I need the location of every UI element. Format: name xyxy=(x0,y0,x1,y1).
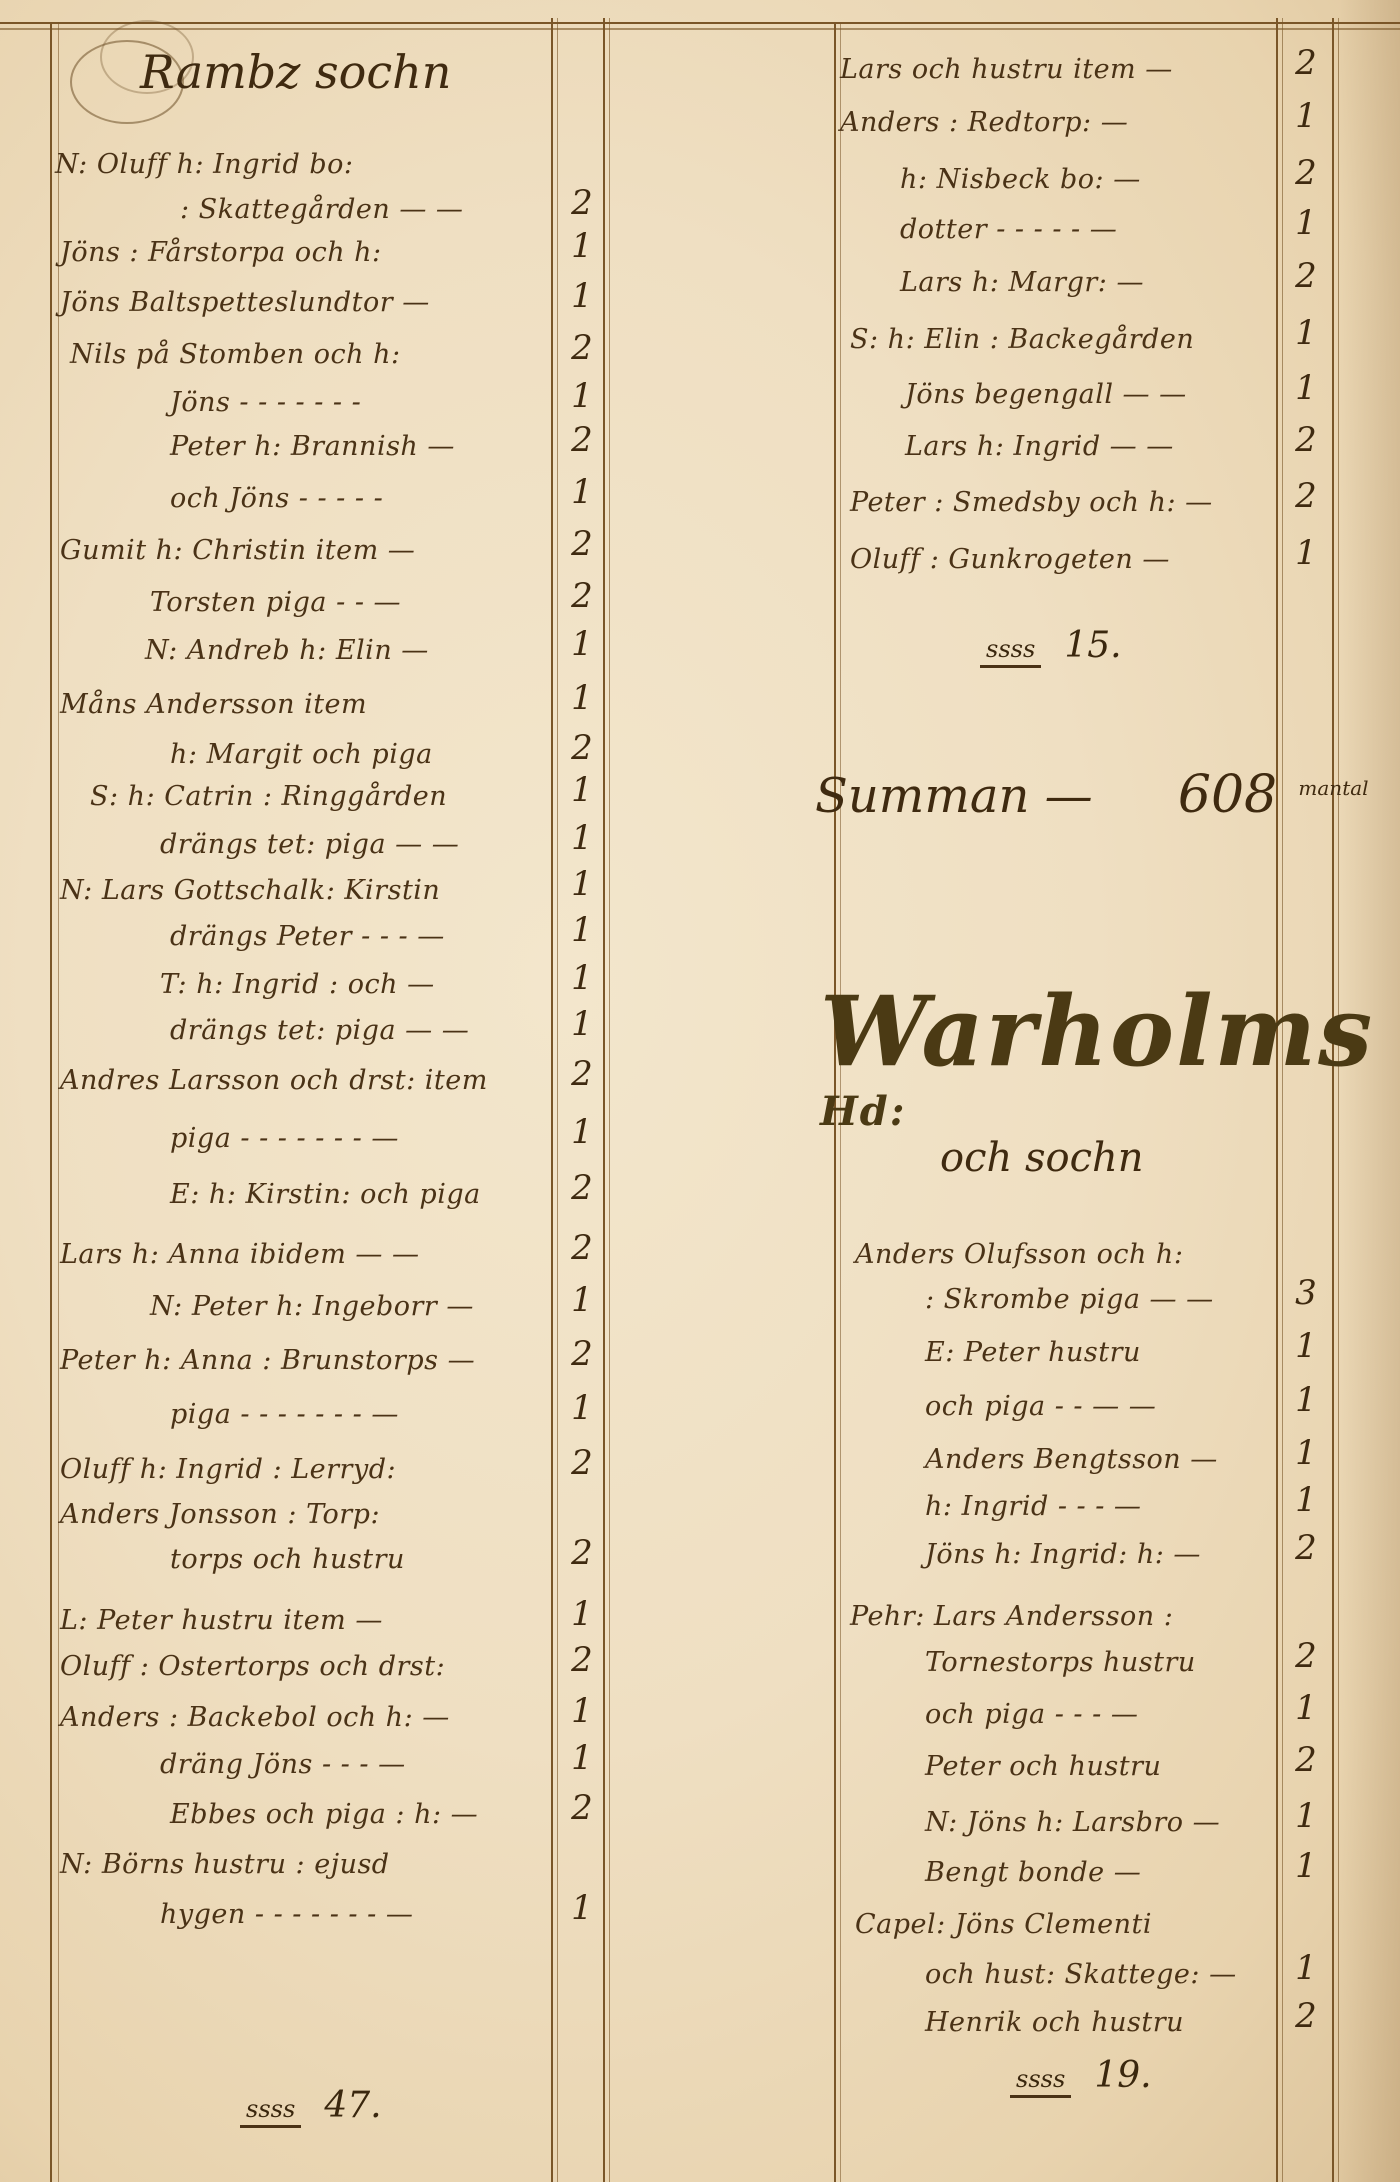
ledger-entry-count: 1 xyxy=(560,866,604,902)
ledger-entry-text: N: Oluff h: Ingrid bo: xyxy=(55,150,354,180)
ledger-entry-text: Ebbes och piga : h: — xyxy=(170,1800,478,1830)
ledger-entry-text: T: h: Ingrid : och — xyxy=(160,970,435,1000)
right-subtotal: ssss 15. xyxy=(980,625,1122,666)
ledger-entry-text: Jöns - - - - - - - xyxy=(170,388,361,418)
ledger-entry-text: Anders : Redtorp: — xyxy=(840,108,1128,138)
ledger-entry-text: Peter h: Anna : Brunstorps — xyxy=(60,1346,475,1376)
summary-value: 608 xyxy=(1178,765,1277,825)
subtotal-value: 15. xyxy=(1064,625,1121,666)
ledger-entry-count: 1 xyxy=(560,1390,604,1426)
ledger-entry-text: Torsten piga - - — xyxy=(150,588,401,618)
top-rule-2 xyxy=(0,28,1400,30)
left-total: ssss 47. xyxy=(240,2085,382,2126)
ledger-entry-text: Andres Larsson och drst: item xyxy=(60,1066,488,1096)
ledger-entry-text: N: Lars Gottschalk: Kirstin xyxy=(60,876,440,906)
ledger-entry-count: 2 xyxy=(1284,1530,1328,1566)
ledger-entry-text: N: Andreb h: Elin — xyxy=(145,636,429,666)
ledger-entry-count: 1 xyxy=(1284,1382,1328,1418)
ledger-entry-count: 1 xyxy=(560,1114,604,1150)
ledger-entry-count: 2 xyxy=(560,1790,604,1826)
ledger-entry-text: Tornestorps hustru xyxy=(925,1648,1196,1678)
section-total: ssss 19. xyxy=(1010,2055,1152,2096)
ledger-entry-count: 2 xyxy=(560,1535,604,1571)
ledger-entry-count: 1 xyxy=(560,1596,604,1632)
ledger-entry-text: Anders : Backebol och h: — xyxy=(60,1703,450,1733)
summary-label: Summan — xyxy=(815,768,1093,824)
ledger-entry-text: och piga - - — — xyxy=(925,1392,1156,1422)
ledger-entry-count: 3 xyxy=(1284,1275,1328,1311)
ledger-entry-count: 1 xyxy=(560,1282,604,1318)
ledger-entry-count: 2 xyxy=(560,330,604,366)
ledger-entry-text: E: Peter hustru xyxy=(925,1338,1141,1368)
ledger-entry-count: 1 xyxy=(560,772,604,808)
ledger-entry-count: 1 xyxy=(1284,1482,1328,1518)
ledger-entry-count: 1 xyxy=(560,474,604,510)
ledger-entry-count: 1 xyxy=(560,378,604,414)
ledger-entry-count: 2 xyxy=(1284,258,1328,294)
ledger-entry-text: dotter - - - - - — xyxy=(900,215,1117,245)
ledger-entry-count: 1 xyxy=(1284,1435,1328,1471)
ledger-entry-text: Anders Jonsson : Torp: xyxy=(60,1500,380,1530)
ledger-entry-count: 1 xyxy=(560,1890,604,1926)
ledger-entry-text: N: Jöns h: Larsbro — xyxy=(925,1808,1220,1838)
ledger-entry-text: hygen - - - - - - - — xyxy=(160,1900,413,1930)
ledger-entry-text: Henrik och hustru xyxy=(925,2008,1184,2038)
ledger-entry-count: 2 xyxy=(560,1445,604,1481)
ledger-entry-text: Peter och hustru xyxy=(925,1752,1161,1782)
ledger-entry-text: Pehr: Lars Andersson : xyxy=(850,1602,1173,1632)
ledger-entry-count: 1 xyxy=(560,228,604,264)
ledger-entry-count: 1 xyxy=(560,1740,604,1776)
ledger-entry-count: 1 xyxy=(1284,370,1328,406)
ledger-entry-count: 2 xyxy=(1284,1742,1328,1778)
ledger-entry-text: Peter : Smedsby och h: — xyxy=(850,488,1213,518)
ledger-entry-count: 1 xyxy=(1284,535,1328,571)
ledger-entry-text: Jöns begengall — — xyxy=(905,380,1187,410)
ledger-entry-count: 2 xyxy=(560,1230,604,1266)
total-value: 47. xyxy=(324,2085,381,2126)
top-rule xyxy=(0,22,1400,24)
ledger-entry-text: : Skattegården — — xyxy=(180,195,463,225)
ledger-entry-text: drängs tet: piga — — xyxy=(170,1016,469,1046)
ledger-entry-text: Lars h: Margr: — xyxy=(900,268,1144,298)
ledger-entry-text: Nils på Stomben och h: xyxy=(70,340,401,370)
ledger-entry-text: h: Ingrid - - - — xyxy=(925,1492,1141,1522)
ledger-entry-text: piga - - - - - - - — xyxy=(170,1124,399,1154)
ledger-entry-text: och Jöns - - - - - xyxy=(170,484,383,514)
ledger-entry-text: Peter h: Brannish — xyxy=(170,432,455,462)
ledger-entry-count: 1 xyxy=(560,680,604,716)
ledger-entry-count: 2 xyxy=(560,578,604,614)
ledger-entry-count: 2 xyxy=(1284,155,1328,191)
ledger-entry-text: N: Börns hustru : ejusd xyxy=(60,1850,390,1880)
ledger-entry-count: 2 xyxy=(560,1336,604,1372)
ledger-entry-count: 2 xyxy=(1284,1998,1328,2034)
left-count-rule-a xyxy=(551,18,553,2182)
ledger-entry-count: 2 xyxy=(560,526,604,562)
ledger-entry-count: 1 xyxy=(560,912,604,948)
ledger-entry-text: L: Peter hustru item — xyxy=(60,1606,383,1636)
ledger-entry-text: N: Peter h: Ingeborr — xyxy=(150,1292,474,1322)
ledger-entry-text: drängs Peter - - - — xyxy=(170,922,445,952)
ledger-entry-text: h: Nisbeck bo: — xyxy=(900,165,1141,195)
ledger-entry-count: 2 xyxy=(560,422,604,458)
ledger-entry-count: 1 xyxy=(560,278,604,314)
ledger-entry-count: 2 xyxy=(1284,422,1328,458)
ledger-entry-count: 1 xyxy=(1284,205,1328,241)
ledger-entry-count: 1 xyxy=(1284,1848,1328,1884)
ledger-entry-count: 2 xyxy=(560,1642,604,1678)
ledger-entry-text: piga - - - - - - - — xyxy=(170,1400,399,1430)
section-total-mark: ssss xyxy=(1010,2065,1071,2098)
ledger-entry-count: 1 xyxy=(1284,1328,1328,1364)
ledger-entry-count: 2 xyxy=(1284,478,1328,514)
ledger-entry-count: 2 xyxy=(1284,45,1328,81)
ledger-entry-count: 2 xyxy=(560,185,604,221)
ledger-entry-text: Lars h: Ingrid — — xyxy=(905,432,1174,462)
section-total-value: 19. xyxy=(1094,2055,1151,2096)
ledger-entry-text: Jöns Baltspetteslundtor — xyxy=(60,288,430,318)
total-mark: ssss xyxy=(240,2095,301,2128)
ledger-entry-text: drängs tet: piga — — xyxy=(160,830,459,860)
ledger-entry-text: torps och hustru xyxy=(170,1545,405,1575)
ledger-entry-text: Anders Bengtsson — xyxy=(925,1445,1218,1475)
left-margin-rule-2 xyxy=(58,22,59,2182)
ledger-entry-text: Oluff : Gunkrogeten — xyxy=(850,545,1170,575)
ledger-entry-count: 1 xyxy=(560,960,604,996)
ledger-entry-text: Gumit h: Christin item — xyxy=(60,536,415,566)
parish-heading-left: Rambz sochn xyxy=(140,45,451,99)
section-title-suffix: Hd: xyxy=(820,1088,907,1135)
ledger-entry-count: 1 xyxy=(1284,315,1328,351)
ledger-entry-count: 2 xyxy=(1284,1638,1328,1674)
ledger-entry-count: 1 xyxy=(1284,1690,1328,1726)
left-count-rule-d xyxy=(609,18,610,2182)
ledger-entry-count: 1 xyxy=(560,820,604,856)
ledger-entry-count: 1 xyxy=(1284,1798,1328,1834)
summary-line: Summan — 608 mantal xyxy=(815,765,1369,825)
ledger-entry-text: S: h: Elin : Backegården xyxy=(850,325,1194,355)
ledger-entry-count: 2 xyxy=(560,730,604,766)
ledger-entry-text: dräng Jöns - - - — xyxy=(160,1750,406,1780)
ledger-entry-text: : Skrombe piga — — xyxy=(925,1285,1214,1315)
left-margin-rule xyxy=(50,22,52,2182)
ledger-entry-count: 1 xyxy=(1284,98,1328,134)
ledger-entry-text: och hust: Skattege: — xyxy=(925,1960,1237,1990)
ledger-entry-text: Måns Andersson item xyxy=(60,690,367,720)
ledger-entry-count: 2 xyxy=(560,1056,604,1092)
summary-unit: mantal xyxy=(1298,776,1368,800)
ledger-entry-text: Anders Olufsson och h: xyxy=(855,1240,1183,1270)
ledger-entry-count: 2 xyxy=(560,1170,604,1206)
ledger-entry-text: h: Margit och piga xyxy=(170,740,433,770)
ledger-entry-text: och piga - - - — xyxy=(925,1700,1138,1730)
section-subtitle: och sochn xyxy=(940,1135,1144,1181)
ledger-entry-text: Lars h: Anna ibidem — — xyxy=(60,1240,419,1270)
section-title-text: Warholms xyxy=(820,975,1374,1088)
ledger-entry-text: Lars och hustru item — xyxy=(840,55,1173,85)
ledger-entry-text: S: h: Catrin : Ringgården xyxy=(90,782,447,812)
ledger-entry-text: Jöns : Fårstorpa och h: xyxy=(60,238,382,268)
subtotal-mark: ssss xyxy=(980,635,1041,668)
ledger-entry-text: Oluff h: Ingrid : Lerryd: xyxy=(60,1455,396,1485)
ledger-entry-count: 1 xyxy=(560,626,604,662)
left-count-rule-b xyxy=(557,18,558,2182)
ledger-entry-count: 1 xyxy=(560,1693,604,1729)
ledger-entry-count: 1 xyxy=(1284,1950,1328,1986)
ledger-entry-text: Jöns h: Ingrid: h: — xyxy=(925,1540,1201,1570)
ledger-entry-text: Capel: Jöns Clementi xyxy=(855,1910,1152,1940)
ledger-entry-count: 1 xyxy=(560,1006,604,1042)
ledger-entry-text: E: h: Kirstin: och piga xyxy=(170,1180,481,1210)
ledger-entry-text: Bengt bonde — xyxy=(925,1858,1141,1888)
ledger-entry-text: Oluff : Ostertorps och drst: xyxy=(60,1652,445,1682)
